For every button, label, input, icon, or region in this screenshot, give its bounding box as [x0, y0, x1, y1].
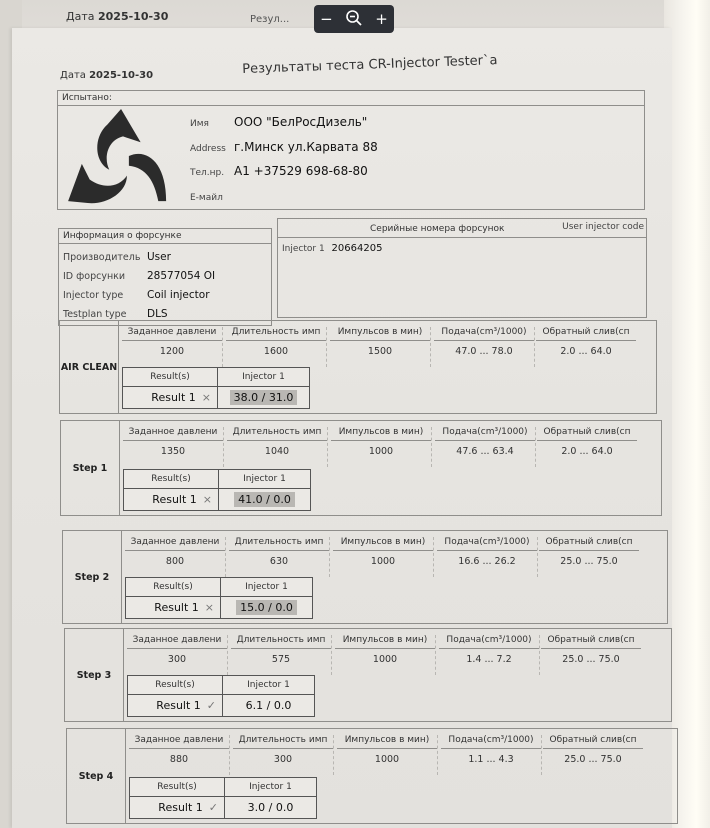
- info-label: ID форсунки: [63, 271, 147, 282]
- injector-info-row: ПроизводительUser: [63, 251, 171, 263]
- param-header: Заданное давлени: [123, 427, 223, 441]
- step-param-column: Обратный слив(сп2.0 ... 64.0: [536, 327, 636, 367]
- magnifier-minus-icon[interactable]: [345, 9, 363, 30]
- background-title-fragment: Резул...: [250, 14, 289, 25]
- param-header: Длительность имп: [227, 427, 327, 441]
- step-param-column: Заданное давлени1350: [123, 427, 224, 467]
- serial-row: Injector 1 20664205: [282, 243, 382, 254]
- cross-icon: ×: [203, 493, 212, 506]
- param-value: 16.6 ... 26.2: [437, 551, 537, 567]
- param-header: Подача(cm³/1000): [439, 635, 539, 649]
- step-param-column: Обратный слив(сп25.0 ... 75.0: [543, 735, 643, 775]
- result-table: Result(s)Injector 1Result 1✓3.0 / 0.0: [129, 777, 317, 819]
- param-value: 1000: [331, 441, 431, 457]
- param-value: 300: [233, 749, 333, 765]
- param-value: 1200: [122, 341, 222, 357]
- test-step-block: Step 4Заданное давлени880Длительность им…: [66, 728, 678, 824]
- param-value: 1040: [227, 441, 327, 457]
- zoom-out-button[interactable]: −: [320, 12, 333, 27]
- measured-value: 15.0 / 0.0: [236, 600, 297, 615]
- test-step-block: Step 3Заданное давлени300Длительность им…: [64, 628, 672, 722]
- step-param-column: Обратный слив(сп2.0 ... 64.0: [537, 427, 637, 467]
- param-header: Подача(cm³/1000): [434, 327, 534, 341]
- zoom-in-button[interactable]: +: [375, 12, 388, 27]
- info-label: Производитель: [63, 252, 147, 263]
- param-header: Импульсов в мин): [337, 735, 437, 749]
- step-param-column: Подача(cm³/1000)16.6 ... 26.2: [437, 537, 538, 577]
- param-header: Длительность имп: [226, 327, 326, 341]
- param-header: Подача(cm³/1000): [435, 427, 535, 441]
- tested-field-value: A1 +37529 698-68-80: [234, 164, 368, 178]
- user-injector-code-heading: User injector code: [562, 222, 644, 232]
- step-name: AIR CLEAN: [60, 321, 119, 413]
- param-value: 1.1 ... 4.3: [441, 749, 541, 765]
- param-header: Заданное давлени: [125, 537, 225, 551]
- result-table: Result(s)Injector 1Result 1✓6.1 / 0.0: [127, 675, 315, 717]
- result-label: Result 1✓: [130, 797, 225, 818]
- param-value: 25.0 ... 75.0: [543, 749, 643, 765]
- param-header: Подача(cm³/1000): [441, 735, 541, 749]
- injector-header: Injector 1: [218, 368, 309, 386]
- step-param-column: Импульсов в мин)1000: [331, 427, 432, 467]
- step-param-column: Импульсов в мин)1000: [333, 537, 434, 577]
- injector-info-row: Testplan typeDLS: [63, 308, 168, 320]
- tested-field-label: Тел.нр.: [190, 168, 234, 178]
- measured-value: 38.0 / 31.0: [230, 390, 298, 405]
- serials-block: Серийные номера форсунок User injector c…: [277, 218, 647, 318]
- step-param-column: Заданное давлени800: [125, 537, 226, 577]
- tested-field-label: E-майл: [190, 193, 234, 203]
- param-header: Обратный слив(сп: [541, 635, 641, 649]
- check-icon: ✓: [207, 699, 216, 712]
- step-name: Step 2: [63, 531, 122, 623]
- tested-field: Addressг.Минск ул.Карвата 88: [190, 140, 378, 154]
- param-value: 1000: [333, 551, 433, 567]
- info-value: 28577054 OI: [147, 270, 215, 282]
- step-param-column: Заданное давлени880: [129, 735, 230, 775]
- param-value: 47.6 ... 63.4: [435, 441, 535, 457]
- step-param-column: Подача(cm³/1000)1.1 ... 4.3: [441, 735, 542, 775]
- step-param-column: Длительность имп575: [231, 635, 332, 675]
- param-header: Длительность имп: [233, 735, 333, 749]
- param-header: Импульсов в мин): [335, 635, 435, 649]
- tested-field-label: Address: [190, 144, 234, 154]
- param-value: 25.0 ... 75.0: [539, 551, 639, 567]
- tested-heading: Испытано:: [58, 91, 644, 106]
- injector-info-row: Injector typeCoil injector: [63, 289, 210, 301]
- param-value: 1000: [335, 649, 435, 665]
- step-param-column: Длительность имп1600: [226, 327, 327, 367]
- tested-field: Тел.нр.A1 +37529 698-68-80: [190, 164, 368, 178]
- step-param-column: Подача(cm³/1000)47.0 ... 78.0: [434, 327, 535, 367]
- step-name: Step 4: [67, 729, 126, 823]
- result-label: Result 1×: [126, 597, 221, 618]
- test-step-block: AIR CLEANЗаданное давлени1200Длительност…: [59, 320, 657, 414]
- tested-field-label: Имя: [190, 119, 234, 129]
- param-value: 800: [125, 551, 225, 567]
- param-header: Обратный слив(сп: [536, 327, 636, 341]
- result-table: Result(s)Injector 1Result 1×38.0 / 31.0: [122, 367, 310, 409]
- param-value: 1500: [330, 341, 430, 357]
- param-value: 575: [231, 649, 331, 665]
- measured-value: 3.0 / 0.0: [244, 800, 298, 815]
- param-value: 880: [129, 749, 229, 765]
- param-value: 1000: [337, 749, 437, 765]
- serials-heading: Серийные номера форсунок: [370, 224, 504, 234]
- background-date: Дата 2025-10-30: [66, 10, 168, 23]
- results-header: Result(s): [123, 368, 218, 386]
- step-name: Step 3: [65, 629, 124, 721]
- param-value: 47.0 ... 78.0: [434, 341, 534, 357]
- param-value: 630: [229, 551, 329, 567]
- cross-icon: ×: [202, 391, 211, 404]
- cross-icon: ×: [205, 601, 214, 614]
- injector-header: Injector 1: [221, 578, 312, 596]
- param-value: 1600: [226, 341, 326, 357]
- check-icon: ✓: [209, 801, 218, 814]
- param-value: 2.0 ... 64.0: [536, 341, 636, 357]
- step-name: Step 1: [61, 421, 120, 515]
- report-sheet: Дата 2025-10-30 Результаты теста CR-Inje…: [12, 28, 672, 828]
- param-header: Обратный слив(сп: [543, 735, 643, 749]
- info-label: Injector type: [63, 290, 147, 301]
- test-step-block: Step 1Заданное давлени1350Длительность и…: [60, 420, 662, 516]
- step-param-column: Импульсов в мин)1000: [337, 735, 438, 775]
- tested-field: ИмяООО "БелРосДизель": [190, 115, 367, 129]
- result-label: Result 1×: [124, 489, 219, 510]
- result-label: Result 1✓: [128, 695, 223, 716]
- param-header: Заданное давлени: [129, 735, 229, 749]
- triskelion-logo-icon: [64, 107, 182, 205]
- param-value: 2.0 ... 64.0: [537, 441, 637, 457]
- results-header: Result(s): [128, 676, 223, 694]
- injector-header: Injector 1: [219, 470, 310, 488]
- info-value: DLS: [147, 308, 168, 320]
- param-header: Длительность имп: [231, 635, 331, 649]
- measured-value: 6.1 / 0.0: [242, 698, 296, 713]
- results-header: Result(s): [126, 578, 221, 596]
- tested-block: Испытано: ИмяООО "БелРосДизель"Addressг.…: [57, 90, 645, 210]
- measured-value: 41.0 / 0.0: [234, 492, 295, 507]
- tested-field: E-майл: [190, 189, 234, 203]
- step-param-column: Импульсов в мин)1000: [335, 635, 436, 675]
- param-value: 1.4 ... 7.2: [439, 649, 539, 665]
- step-param-column: Длительность имп630: [229, 537, 330, 577]
- step-param-column: Заданное давлени1200: [122, 327, 223, 367]
- info-value: User: [147, 251, 171, 263]
- result-table: Result(s)Injector 1Result 1×41.0 / 0.0: [123, 469, 311, 511]
- param-header: Обратный слив(сп: [537, 427, 637, 441]
- results-header: Result(s): [130, 778, 225, 796]
- step-param-column: Обратный слив(сп25.0 ... 75.0: [539, 537, 639, 577]
- info-value: Coil injector: [147, 289, 210, 301]
- param-header: Импульсов в мин): [330, 327, 430, 341]
- param-header: Заданное давлени: [122, 327, 222, 341]
- param-value: 1350: [123, 441, 223, 457]
- param-header: Заданное давлени: [127, 635, 227, 649]
- test-step-block: Step 2Заданное давлени800Длительность им…: [62, 530, 668, 624]
- injector-header: Injector 1: [225, 778, 316, 796]
- param-header: Обратный слив(сп: [539, 537, 639, 551]
- step-param-column: Подача(cm³/1000)1.4 ... 7.2: [439, 635, 540, 675]
- step-param-column: Заданное давлени300: [127, 635, 228, 675]
- param-value: 300: [127, 649, 227, 665]
- param-value: 25.0 ... 75.0: [541, 649, 641, 665]
- step-param-column: Длительность имп1040: [227, 427, 328, 467]
- step-param-column: Подача(cm³/1000)47.6 ... 63.4: [435, 427, 536, 467]
- injector-header: Injector 1: [223, 676, 314, 694]
- results-header: Result(s): [124, 470, 219, 488]
- step-param-column: Обратный слив(сп25.0 ... 75.0: [541, 635, 641, 675]
- injector-info-heading: Информация о форсунке: [59, 229, 271, 244]
- report-title: Результаты теста CR-Injector Tester`a: [242, 53, 498, 77]
- param-header: Импульсов в мин): [331, 427, 431, 441]
- step-param-column: Импульсов в мин)1500: [330, 327, 431, 367]
- injector-info-row: ID форсунки28577054 OI: [63, 270, 215, 282]
- tested-field-value: ООО "БелРосДизель": [234, 115, 367, 129]
- param-header: Подача(cm³/1000): [437, 537, 537, 551]
- result-table: Result(s)Injector 1Result 1×15.0 / 0.0: [125, 577, 313, 619]
- step-param-column: Длительность имп300: [233, 735, 334, 775]
- result-label: Result 1×: [123, 387, 218, 408]
- zoom-control: − +: [314, 5, 394, 33]
- param-header: Длительность имп: [229, 537, 329, 551]
- injector-info-block: Информация о форсунке ПроизводительUserI…: [58, 228, 272, 326]
- info-label: Testplan type: [63, 309, 147, 320]
- report-date: Дата 2025-10-30: [60, 70, 153, 81]
- param-header: Импульсов в мин): [333, 537, 433, 551]
- tested-field-value: г.Минск ул.Карвата 88: [234, 140, 378, 154]
